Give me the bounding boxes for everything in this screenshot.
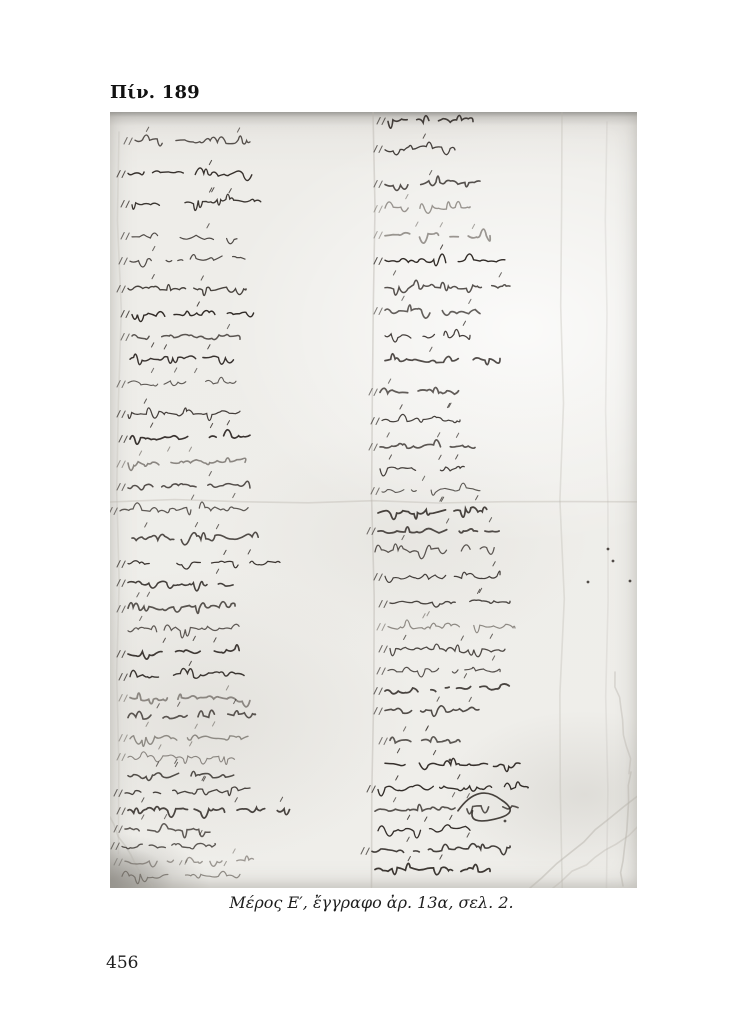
figure-caption: Μέρος Ε′, ἔγγραφο ἀρ. 13α, σελ. 2. [0,893,743,912]
page-number: 456 [106,953,138,973]
manuscript-photo [110,112,637,888]
book-page: Πίν. 189 Μέρος Ε′, ἔγγραφο ἀρ. 13α, σελ.… [0,0,743,1027]
plate-label: Πίν. 189 [110,82,200,103]
manuscript-handwriting [110,112,637,888]
